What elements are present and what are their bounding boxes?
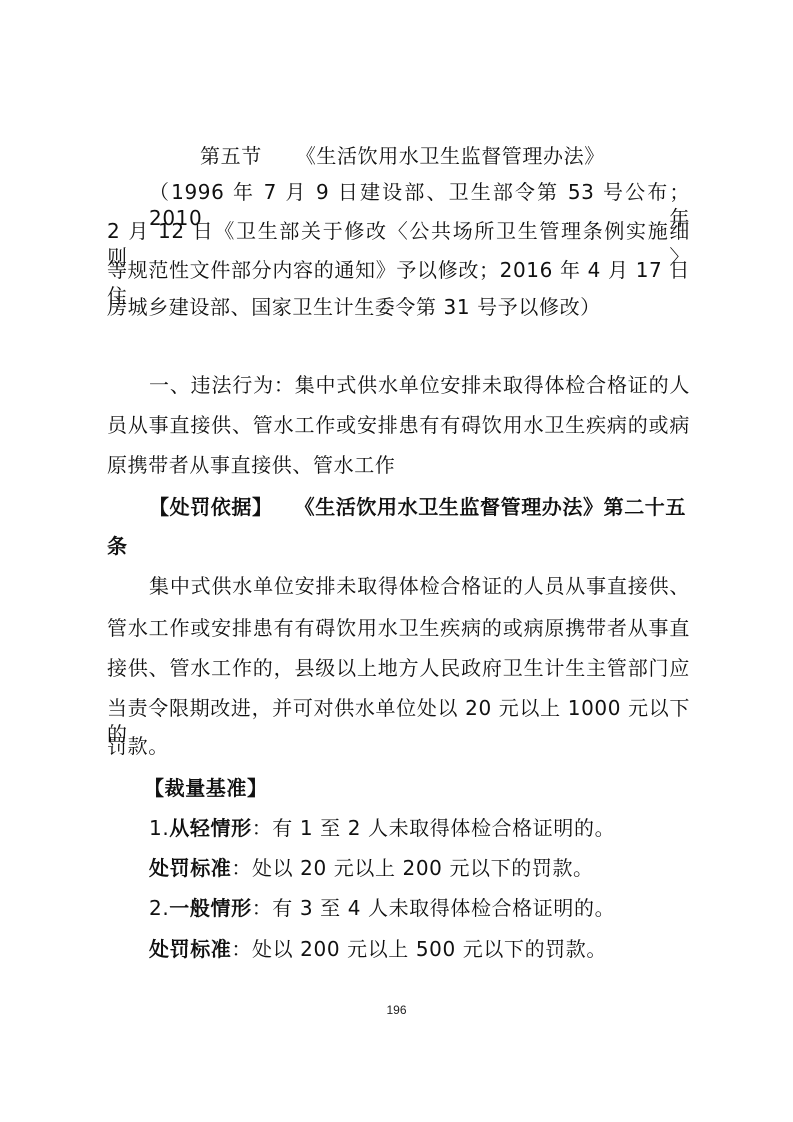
- situation-text: ：有 1 至 2 人未取得体检合格证明的。: [252, 816, 615, 840]
- penalty-basis-law: 《生活饮用水卫生监督管理办法》第二十五: [295, 495, 686, 519]
- document-page: 第五节《生活饮用水卫生监督管理办法》 （1996 年 7 月 9 日建设部、卫生…: [0, 0, 793, 1122]
- page-number: 196: [0, 1003, 793, 1017]
- penalty-text: ：处以 200 元以上 500 元以下的罚款。: [231, 937, 607, 961]
- discretion-item-2-situation: 2.一般情形：有 3 至 4 人未取得体检合格证明的。: [149, 895, 732, 921]
- penalty-basis-law-cont: 条: [107, 533, 690, 559]
- discretion-item-1-penalty: 处罚标准：处以 20 元以上 200 元以下的罚款。: [149, 855, 732, 881]
- penalty-text: ：处以 20 元以上 200 元以下的罚款。: [231, 856, 593, 880]
- violation-line-2: 员从事直接供、管水工作或安排患有有碍饮用水卫生疾病的或病: [107, 412, 690, 438]
- situation-label: 从轻情形: [169, 816, 251, 840]
- discretion-item-2-penalty: 处罚标准：处以 200 元以上 500 元以下的罚款。: [149, 936, 732, 962]
- basis-text-line-2: 管水工作或安排患有有碍饮用水卫生疾病的或病原携带者从事直: [107, 615, 690, 641]
- violation-line-1: 一、违法行为：集中式供水单位安排未取得体检合格证的人: [149, 372, 690, 398]
- penalty-label: 处罚标准: [149, 856, 231, 880]
- penalty-label: 处罚标准: [149, 937, 231, 961]
- item-number: 2.: [149, 896, 169, 920]
- violation-line-3: 原携带者从事直接供、管水工作: [107, 452, 690, 478]
- basis-text-line-1: 集中式供水单位安排未取得体检合格证的人员从事直接供、: [149, 573, 690, 599]
- item-number: 1.: [149, 816, 169, 840]
- section-heading: 第五节《生活饮用水卫生监督管理办法》: [200, 143, 700, 169]
- situation-text: ：有 3 至 4 人未取得体检合格证明的。: [252, 896, 615, 920]
- section-number: 第五节: [200, 144, 262, 168]
- section-title: 《生活饮用水卫生监督管理办法》: [296, 144, 605, 168]
- penalty-basis-label: 【处罚依据】: [149, 495, 273, 519]
- note-line-4: 房城乡建设部、国家卫生计生委令第 31 号予以修改）: [107, 294, 690, 320]
- penalty-basis-heading: 【处罚依据】《生活饮用水卫生监督管理办法》第二十五: [149, 494, 690, 520]
- situation-label: 一般情形: [169, 896, 251, 920]
- basis-text-line-5: 罚款。: [107, 733, 690, 759]
- discretion-item-1-situation: 1.从轻情形：有 1 至 2 人未取得体检合格证明的。: [149, 815, 732, 841]
- basis-text-line-3: 接供、管水工作的，县级以上地方人民政府卫生计生主管部门应: [107, 655, 690, 681]
- discretion-heading: 【裁量基准】: [144, 775, 727, 801]
